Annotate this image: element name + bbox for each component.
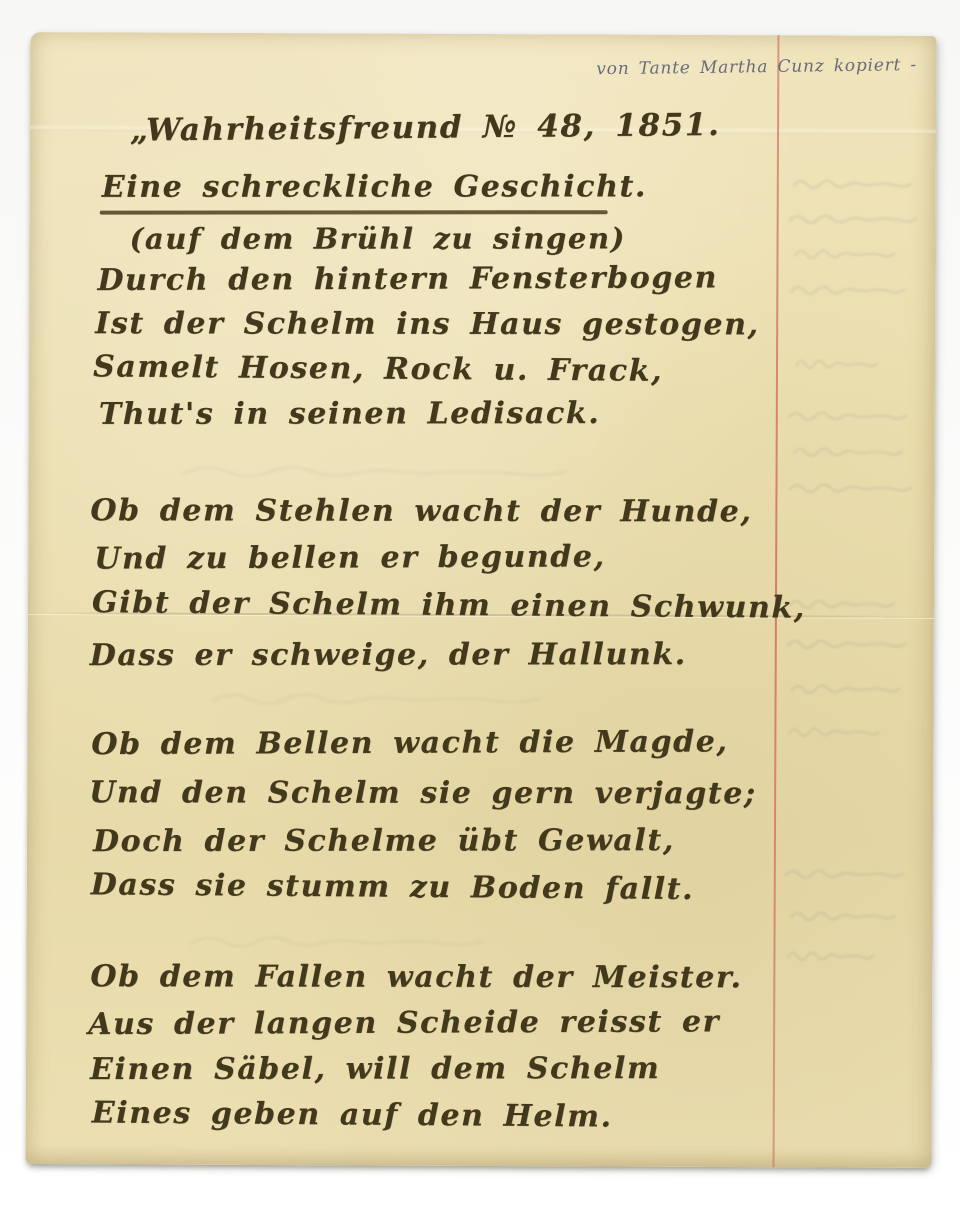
subtitle-line: Eine schreckliche Geschicht.: [102, 169, 647, 204]
bleed-through-mark: [787, 407, 917, 426]
poem-line: Eines geben auf den Helm.: [92, 1095, 613, 1134]
bleed-through-mark: [792, 175, 922, 194]
bleed-through-mark: [788, 210, 928, 229]
poem-line: Samelt Hosen, Rock u. Frack,: [93, 349, 663, 388]
subtitle-underline: [100, 210, 608, 214]
bleed-through-mark: [790, 907, 905, 926]
bleed-through-mark: [179, 461, 599, 485]
poem-line: Ob dem Stehlen wacht der Hunde,: [90, 493, 752, 529]
poem-line: Einen Säbel, will dem Schelm: [90, 1051, 660, 1087]
bleed-through-mark: [795, 355, 885, 373]
poem-line: Gibt der Schelm ihm einen Schwunk,: [92, 585, 806, 626]
annotation-note: von Tante Martha Cunz kopiert -: [596, 55, 917, 79]
bleed-through-mark: [208, 688, 568, 712]
poem-line: Doch der Schelme übt Gewalt,: [93, 823, 675, 859]
poem-line: Durch den hintern Fensterbogen: [97, 260, 718, 298]
poem-line: Aus der langen Scheide reisst er: [88, 1004, 720, 1042]
bleed-through-mark: [186, 931, 506, 954]
bleed-through-mark: [787, 479, 922, 498]
manuscript-paper: von Tante Martha Cunz kopiert - „Wahrhei…: [26, 32, 937, 1168]
poem-line: Und zu bellen er begunde,: [94, 539, 606, 576]
bleed-through-mark: [786, 947, 881, 965]
bleed-through-mark: [787, 723, 887, 741]
bleed-through-mark: [792, 443, 912, 462]
poem-line: Thut's in seinen Ledisack.: [99, 396, 601, 432]
poem-line: Dass er schweige, der Hallunk.: [90, 637, 687, 673]
poem-line: Ist der Schelm ins Haus gestogen,: [95, 306, 759, 342]
bleed-through-mark: [788, 595, 903, 614]
bleed-through-mark: [790, 680, 910, 699]
poem-line: Und den Schelm sie gern verjagte;: [89, 775, 757, 811]
poem-line: Dass sie stumm zu Boden fallt.: [91, 867, 695, 907]
bleed-through-mark: [789, 281, 914, 300]
bleed-through-mark: [793, 245, 903, 263]
title-line: „Wahrheitsfreund № 48, 1851.: [130, 107, 721, 149]
direction-line: (auf dem Brühl zu singen): [130, 221, 626, 255]
poem-line: Ob dem Bellen wacht die Magde,: [91, 724, 728, 762]
bleed-through-mark: [784, 865, 914, 884]
bleed-through-mark: [786, 635, 916, 654]
poem-line: Ob dem Fallen wacht der Meister.: [90, 959, 742, 995]
